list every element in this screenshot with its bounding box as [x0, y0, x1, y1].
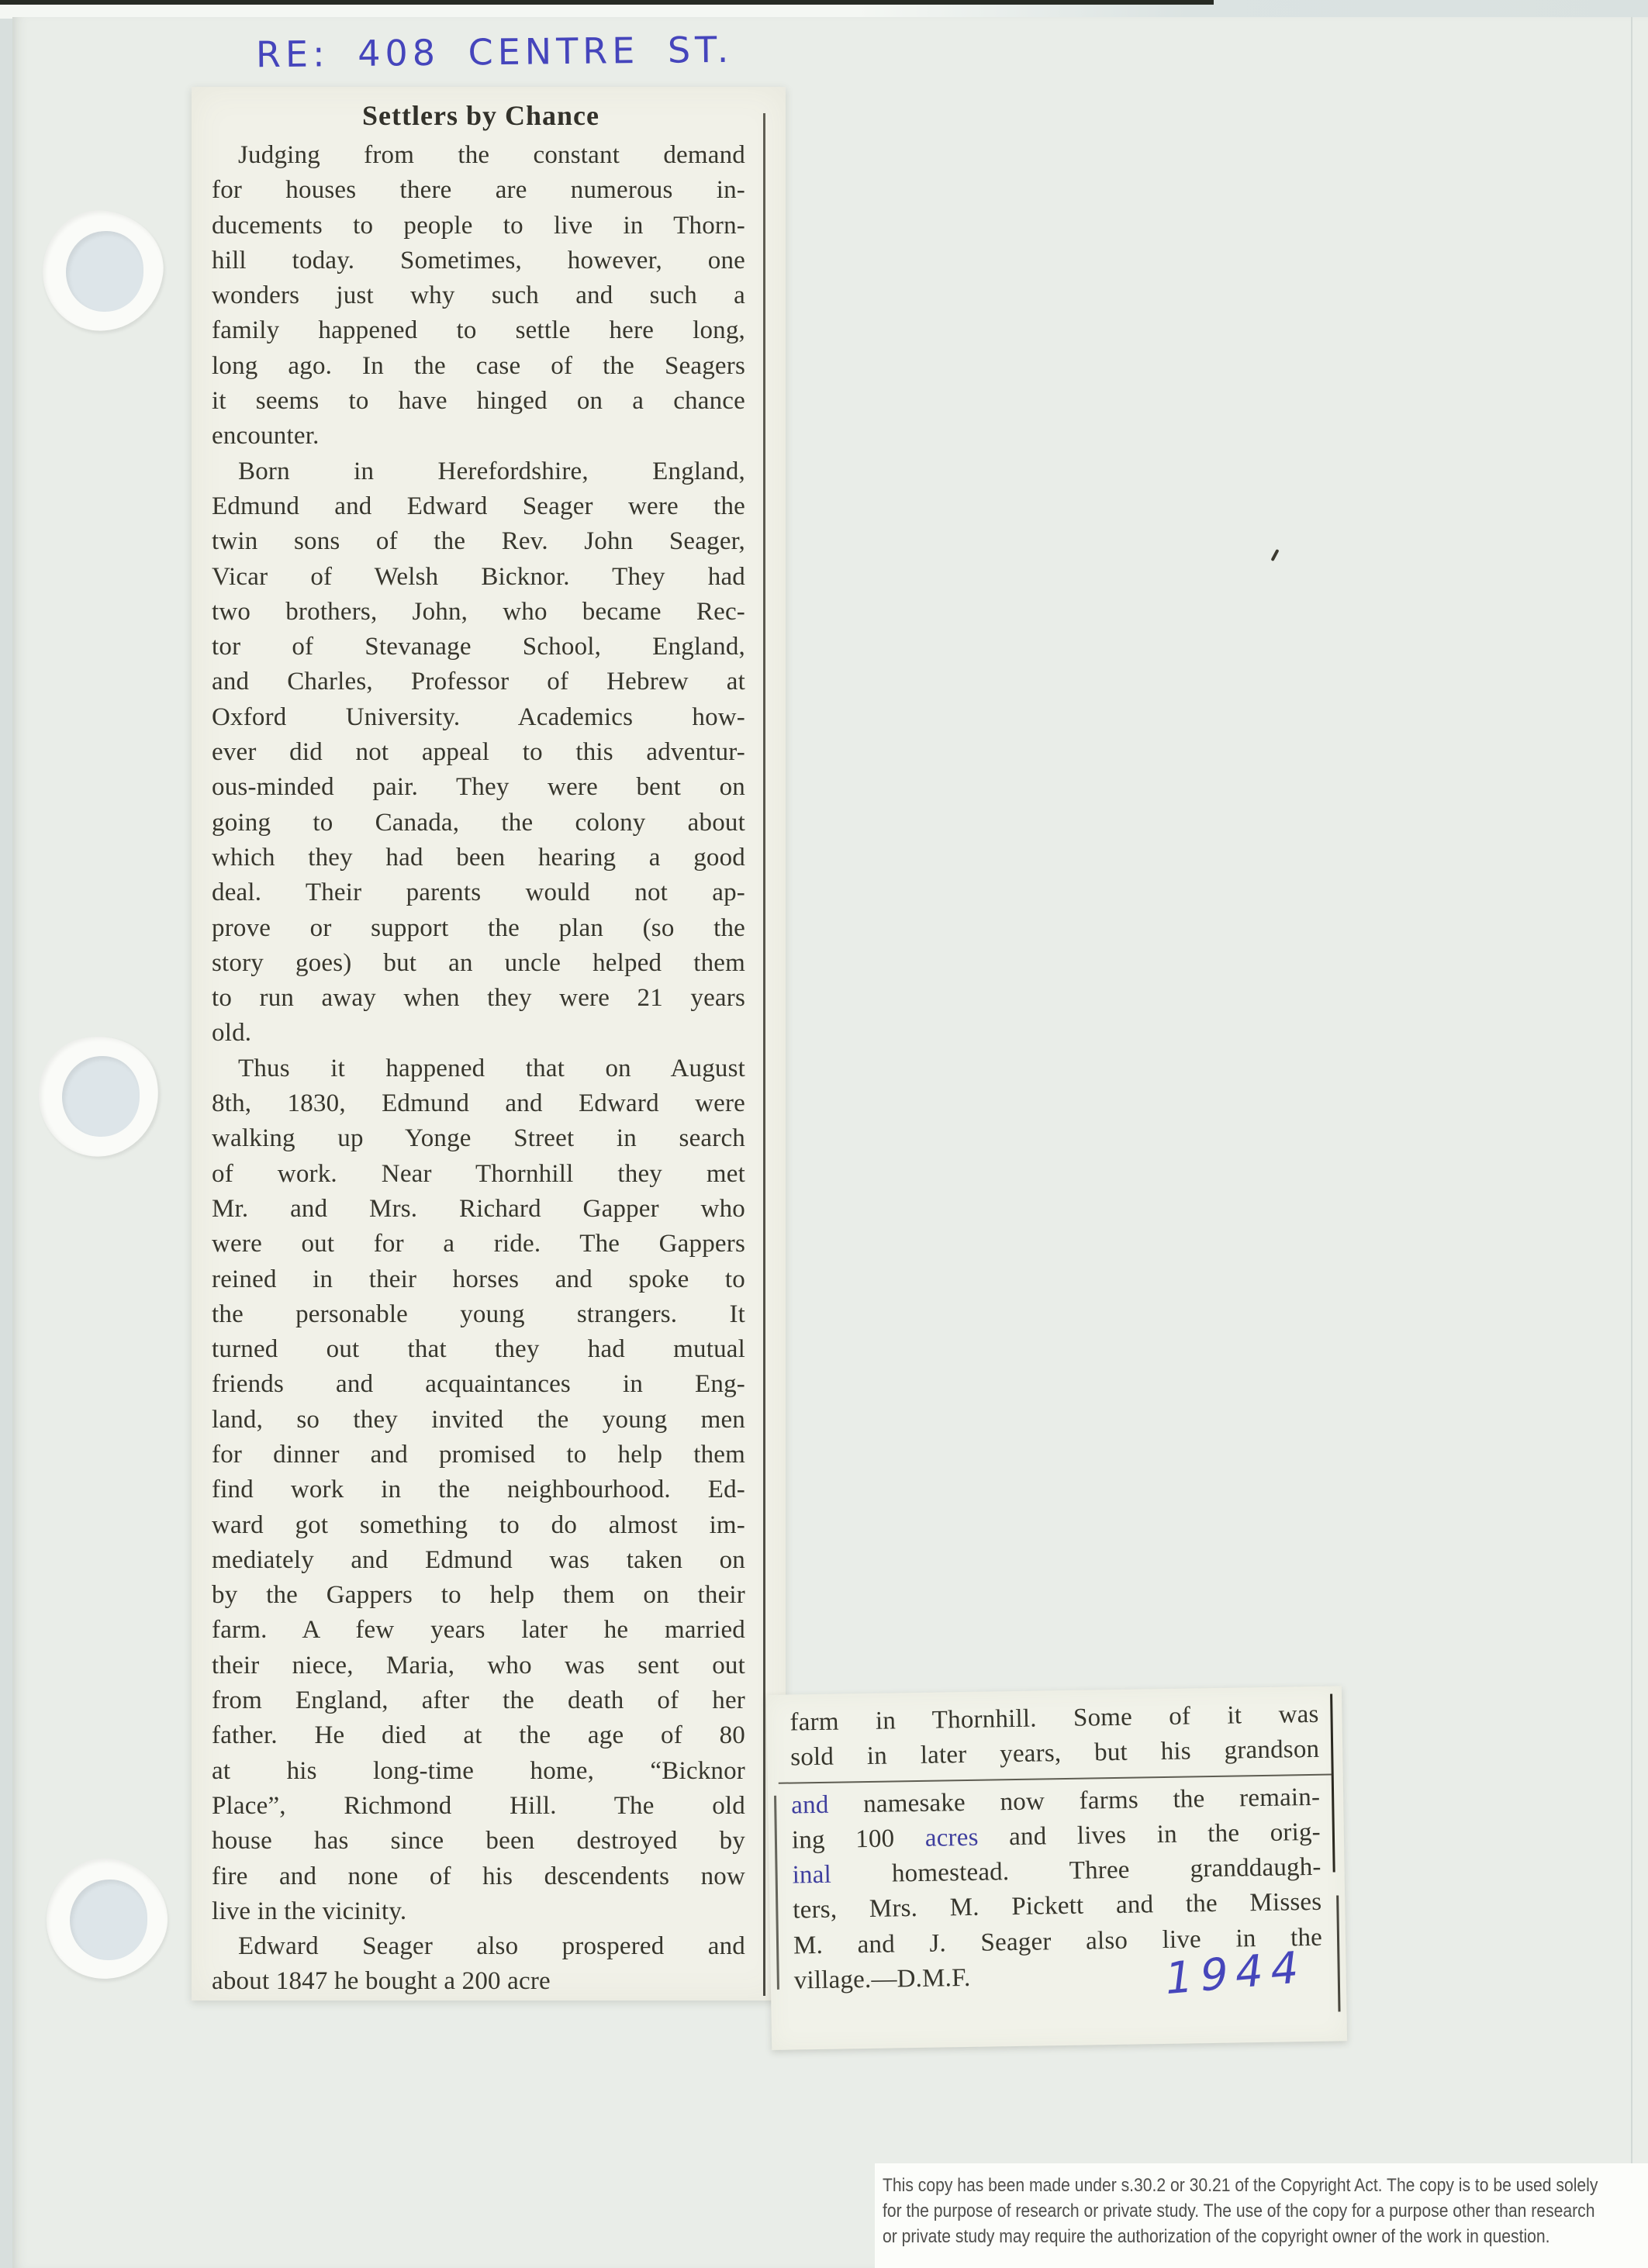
- article-headline: Settlers by Chance: [223, 99, 739, 132]
- article-line: at his long-time home, “Bicknor: [212, 1754, 745, 1789]
- article-line: ducements to people to live in Thorn-: [212, 209, 745, 243]
- punch-hole-void: [70, 1880, 147, 1960]
- article-line: Vicar of Welsh Bicknor. They had: [212, 560, 745, 595]
- text-segment: and lives in the orig-: [978, 1818, 1321, 1852]
- article-line: prove or support the plan (so the: [212, 911, 745, 946]
- article-line: reined in their horses and spoke to: [212, 1262, 745, 1297]
- article-line: ward got something to do almost im-: [212, 1508, 745, 1543]
- article-line: hill today. Sometimes, however, one: [212, 243, 745, 278]
- article-body: Judging from the constant demandfor hous…: [212, 138, 745, 2000]
- article-line: old.: [212, 1016, 745, 1051]
- article-line: friends and acquaintances in Eng-: [212, 1367, 745, 1402]
- article-line: 8th, 1830, Edmund and Edward were: [212, 1086, 745, 1121]
- stamp-line: or private study may require the authori…: [883, 2224, 1558, 2249]
- text-segment: namesake now farms the remain-: [828, 1783, 1320, 1818]
- paper-right-edge: [1631, 17, 1632, 2268]
- punch-hole: [47, 1859, 167, 1980]
- stamp-line: for the purpose of research or private s…: [883, 2198, 1558, 2224]
- article-line: about 1847 he bought a 200 acre: [212, 1964, 745, 1999]
- column-rule: [763, 113, 765, 1996]
- ink-traced-text: and: [791, 1790, 829, 1819]
- article-line: twin sons of the Rev. John Seager,: [212, 524, 745, 559]
- article-line: mediately and Edmund was taken on: [212, 1543, 745, 1578]
- article-line: Born in Herefordshire, England,: [212, 454, 745, 489]
- article-line: wonders just why such and such a: [212, 278, 745, 313]
- article-line: two brothers, John, who became Rec-: [212, 595, 745, 630]
- stamp-line: This copy has been made under s.30.2 or …: [883, 2173, 1558, 2198]
- article-line: fire and none of his descendents now: [212, 1859, 745, 1894]
- handwritten-note-top: RE: 408 CENTRE ST.: [256, 29, 734, 75]
- ink-traced-text: inal: [792, 1861, 831, 1890]
- article-line: father. He died at the age of 80: [212, 1718, 745, 1753]
- article-line: and Charles, Professor of Hebrew at: [212, 665, 745, 699]
- article-line: which they had been hearing a good: [212, 841, 745, 875]
- article-line: story goes) but an uncle helped them: [212, 946, 745, 981]
- punch-hole: [39, 1036, 159, 1156]
- article-line: Place”, Richmond Hill. The old: [212, 1789, 745, 1824]
- article-line: Edward Seager also prospered and: [212, 1929, 745, 1964]
- article-line: to run away when they were 21 years: [212, 981, 745, 1016]
- article-line: long ago. In the case of the Seagers: [212, 349, 745, 384]
- article-line: deal. Their parents would not ap-: [212, 875, 745, 910]
- punch-hole: [43, 211, 163, 331]
- article-line: for houses there are numerous in-: [212, 173, 745, 208]
- article-line: the personable young strangers. It: [212, 1297, 745, 1332]
- newspaper-clipping-continuation: farm in Thornhill. Some of it wassold in…: [766, 1686, 1347, 2050]
- article-line: were out for a ride. The Gappers: [212, 1227, 745, 1262]
- punch-hole-void: [66, 231, 143, 312]
- article-line: farm. A few years later he married: [212, 1613, 745, 1648]
- article-line: house has since been destroyed by: [212, 1824, 745, 1859]
- text-segment: homestead. Three granddaugh-: [831, 1853, 1322, 1889]
- article-line: their niece, Maria, who was sent out: [212, 1648, 745, 1683]
- article-line: going to Canada, the colony about: [212, 806, 745, 841]
- article-line: walking up Yonge Street in search: [212, 1121, 745, 1156]
- article-line: Thus it happened that on August: [212, 1051, 745, 1086]
- copyright-stamp-text: This copy has been made under s.30.2 or …: [875, 2163, 1648, 2249]
- article-line: Oxford University. Academics how-: [212, 700, 745, 735]
- article-line: by the Gappers to help them on their: [212, 1578, 745, 1613]
- ink-traced-text: acres: [925, 1824, 979, 1852]
- article-line: Mr. and Mrs. Richard Gapper who: [212, 1192, 745, 1227]
- scanned-page: { "annotations": { "top_note": "RE: 408 …: [0, 0, 1648, 2268]
- article-line: sold in later years, but his grandson: [790, 1732, 1320, 1776]
- punch-hole-void: [62, 1056, 140, 1137]
- article-line: for dinner and promised to help them: [212, 1438, 745, 1472]
- newspaper-clipping-main: Settlers by Chance Judging from the cons…: [192, 87, 786, 2000]
- article-line: find work in the neighbourhood. Ed-: [212, 1472, 745, 1507]
- article-line: turned out that they had mutual: [212, 1332, 745, 1367]
- article-line: encounter.: [212, 419, 745, 454]
- article-line: family happened to settle here long,: [212, 313, 745, 348]
- copyright-stamp: This copy has been made under s.30.2 or …: [875, 2163, 1648, 2268]
- text-segment: ing 100: [792, 1824, 925, 1855]
- article-line: Judging from the constant demand: [212, 138, 745, 173]
- article-line: of work. Near Thornhill they met: [212, 1157, 745, 1192]
- article-line: ous-minded pair. They were bent on: [212, 770, 745, 805]
- article-line: Edmund and Edward Seager were the: [212, 489, 745, 524]
- scanner-dark-strip: [0, 0, 1214, 5]
- article-line: land, so they invited the young men: [212, 1403, 745, 1438]
- article-line: ever did not appeal to this adventur-: [212, 735, 745, 770]
- article-line: it seems to have hinged on a chance: [212, 384, 745, 419]
- article-line: live in the vicinity.: [212, 1894, 745, 1929]
- article-line: from England, after the death of her: [212, 1683, 745, 1718]
- article-line: tor of Stevanage School, England,: [212, 630, 745, 665]
